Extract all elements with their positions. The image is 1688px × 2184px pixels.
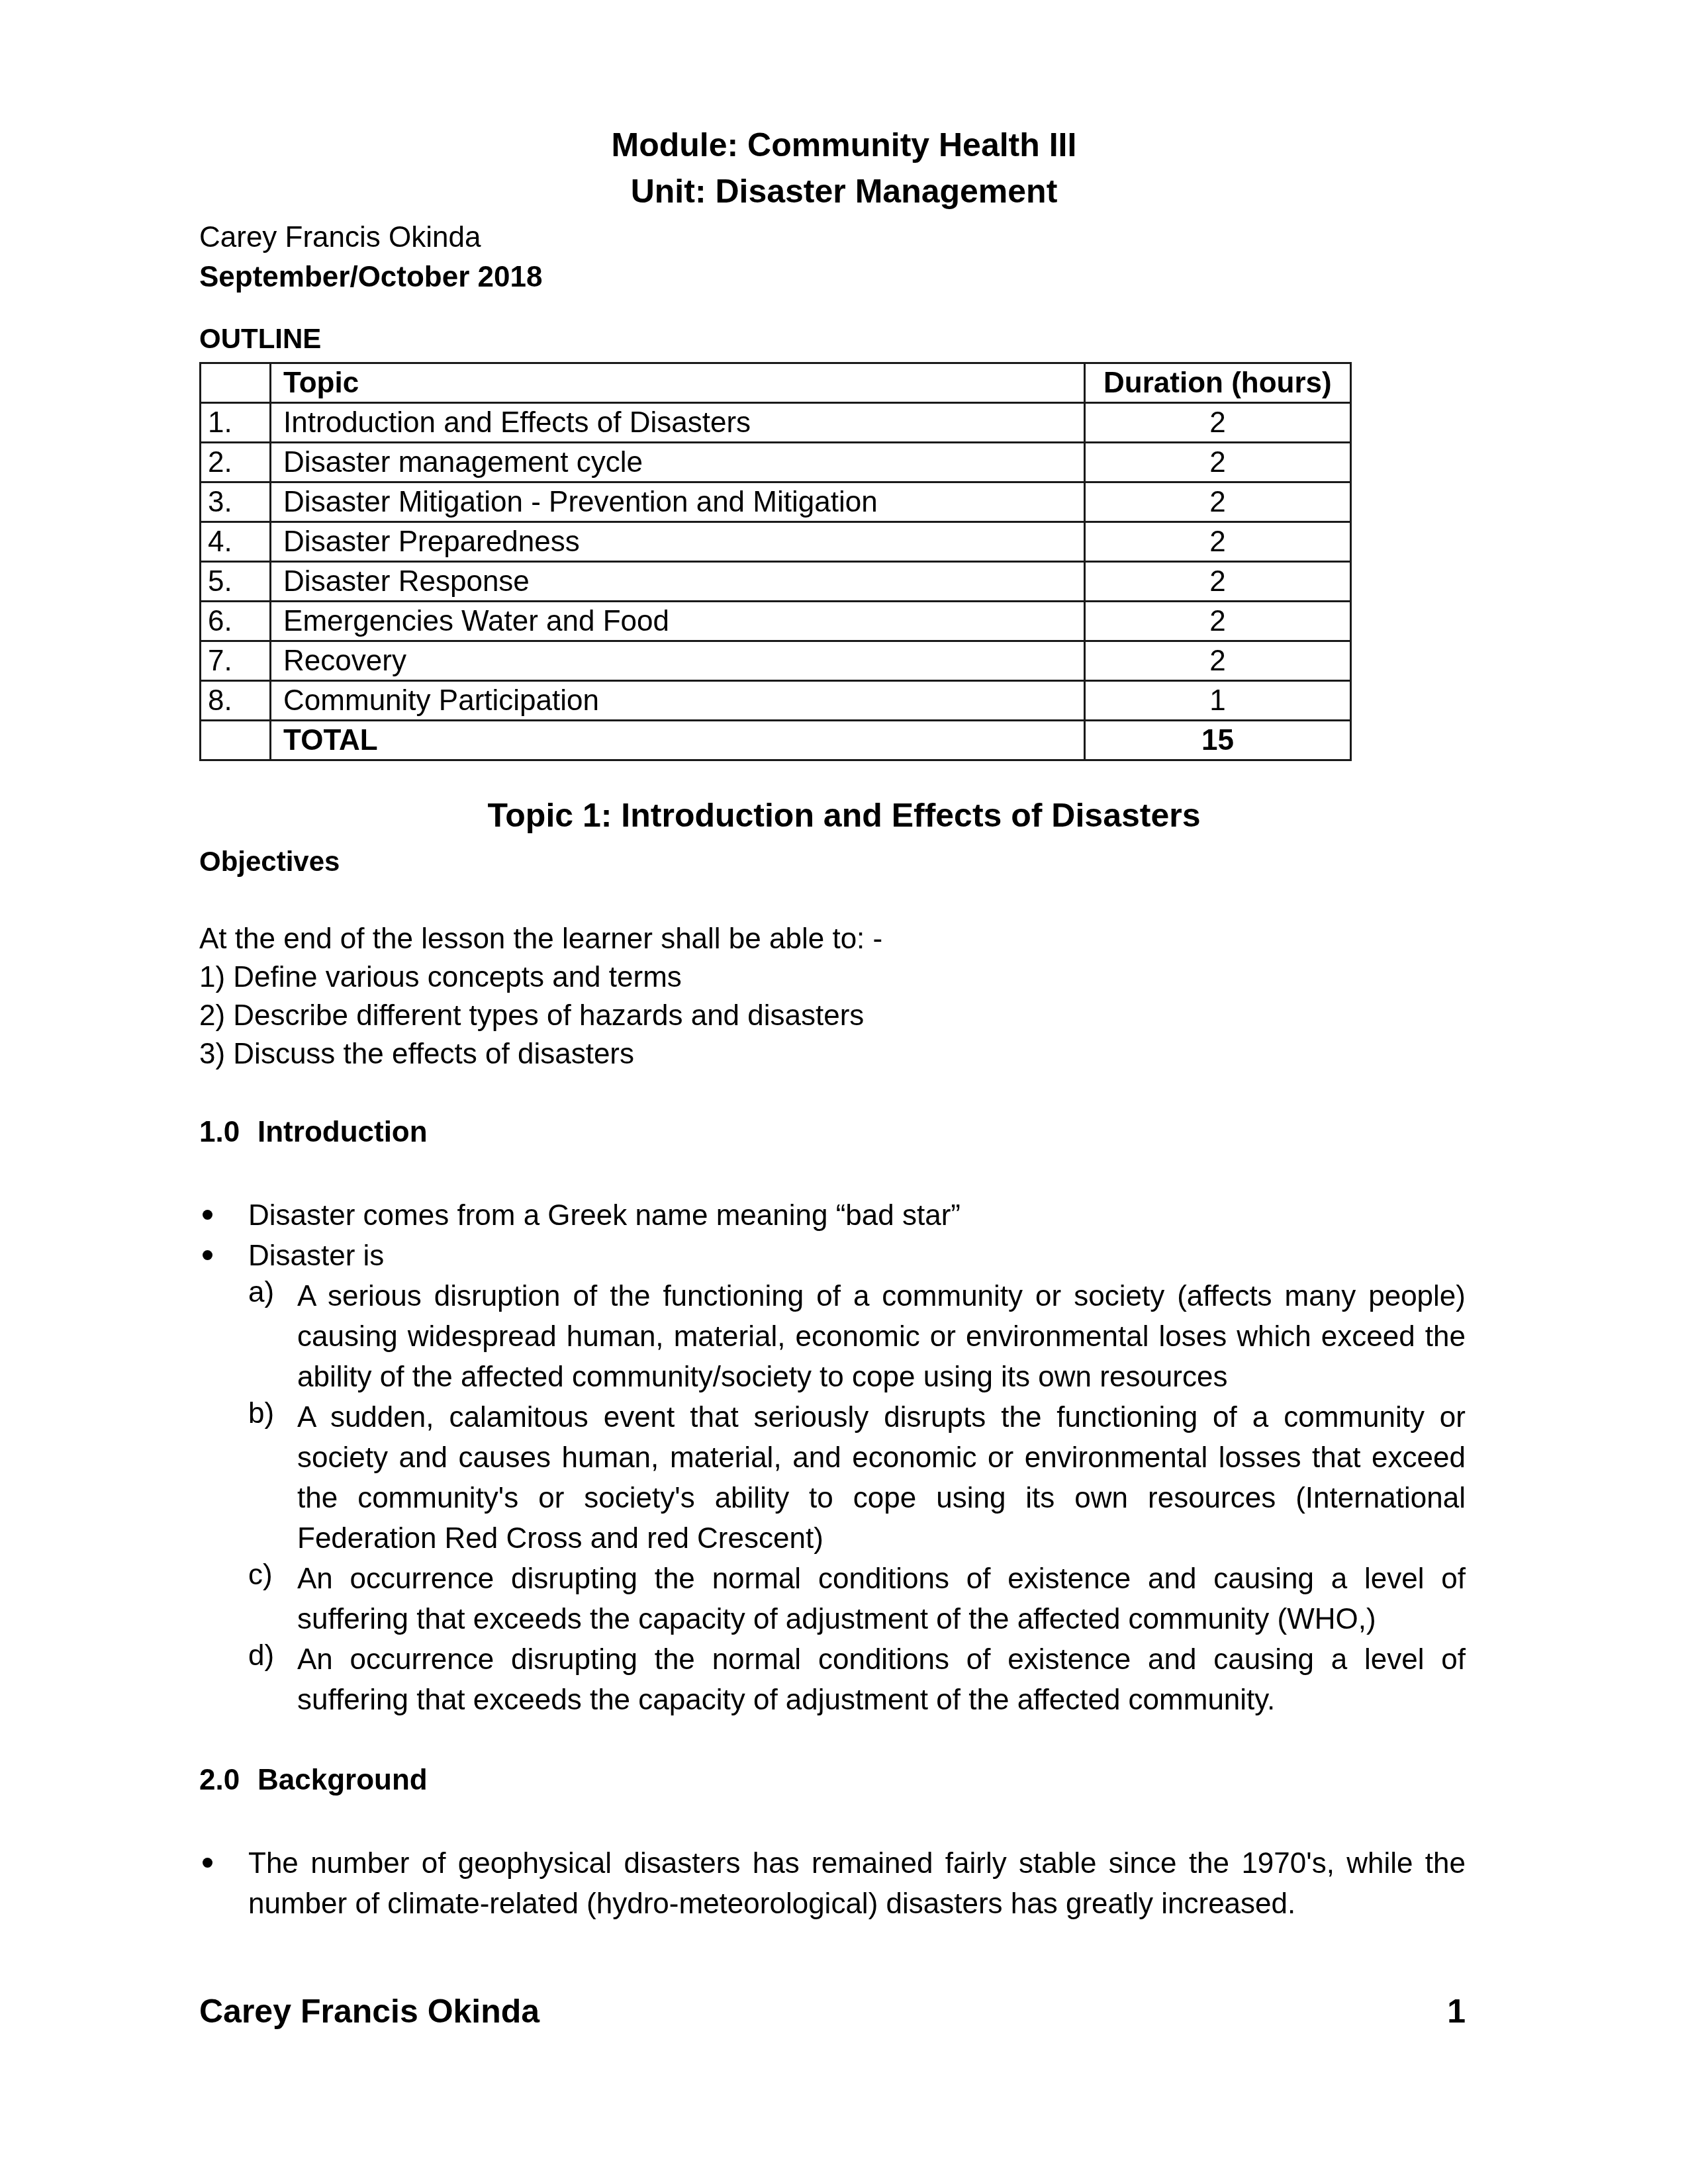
objectives-label: Objectives bbox=[199, 846, 340, 878]
table-row: 8. Community Participation 1 bbox=[201, 681, 1351, 721]
definition-label: d) bbox=[248, 1639, 274, 1672]
row-topic: Recovery bbox=[271, 641, 1085, 681]
row-duration: 2 bbox=[1084, 562, 1350, 602]
row-number: 1. bbox=[201, 403, 271, 443]
author-name: Carey Francis Okinda bbox=[199, 221, 481, 254]
total-number bbox=[201, 721, 271, 760]
definition-text: An occurrence disrupting the normal cond… bbox=[297, 1559, 1466, 1639]
page-number: 1 bbox=[1443, 1992, 1466, 2030]
objectives-intro: At the end of the lesson the learner sha… bbox=[199, 923, 882, 956]
row-number: 6. bbox=[201, 602, 271, 641]
header-cell-duration: Duration (hours) bbox=[1084, 363, 1350, 403]
section-heading-introduction: 1.0Introduction bbox=[199, 1116, 428, 1149]
definition-label: b) bbox=[248, 1397, 274, 1430]
table-row: 5. Disaster Response 2 bbox=[201, 562, 1351, 602]
total-duration: 15 bbox=[1084, 721, 1350, 760]
row-number: 3. bbox=[201, 482, 271, 522]
table-row: 4. Disaster Preparedness 2 bbox=[201, 522, 1351, 562]
definition-text: An occurrence disrupting the normal cond… bbox=[297, 1639, 1466, 1720]
topic-heading: Topic 1: Introduction and Effects of Dis… bbox=[0, 796, 1688, 835]
row-topic: Disaster management cycle bbox=[271, 443, 1085, 482]
outline-table: Topic Duration (hours) 1. Introduction a… bbox=[199, 362, 1352, 761]
bullet-item: The number of geophysical disasters has … bbox=[199, 1843, 1466, 1924]
table-header-row: Topic Duration (hours) bbox=[201, 363, 1351, 403]
table-total-row: TOTAL 15 bbox=[201, 721, 1351, 760]
row-topic: Introduction and Effects of Disasters bbox=[271, 403, 1085, 443]
definition-item: b) A sudden, calamitous event that serio… bbox=[248, 1397, 1466, 1559]
section-number: 2.0 bbox=[199, 1764, 258, 1797]
row-topic: Emergencies Water and Food bbox=[271, 602, 1085, 641]
row-number: 7. bbox=[201, 641, 271, 681]
table-row: 1. Introduction and Effects of Disasters… bbox=[201, 403, 1351, 443]
row-topic: Disaster Response bbox=[271, 562, 1085, 602]
definition-item: a) A serious disruption of the functioni… bbox=[248, 1276, 1466, 1397]
bullet-text: The number of geophysical disasters has … bbox=[248, 1843, 1466, 1924]
total-label: TOTAL bbox=[271, 721, 1085, 760]
bullet-text: Disaster comes from a Greek name meaning… bbox=[248, 1195, 1466, 1236]
footer-author: Carey Francis Okinda bbox=[199, 1992, 539, 2030]
definition-text: A serious disruption of the functioning … bbox=[297, 1276, 1466, 1397]
document-page: Module: Community Health III Unit: Disas… bbox=[0, 0, 1688, 2184]
row-duration: 2 bbox=[1084, 641, 1350, 681]
section-title: Introduction bbox=[258, 1116, 428, 1148]
document-date: September/October 2018 bbox=[199, 261, 542, 294]
outline-label: OUTLINE bbox=[199, 323, 321, 355]
section-title: Background bbox=[258, 1764, 428, 1796]
table-row: 7. Recovery 2 bbox=[201, 641, 1351, 681]
table-row: 3. Disaster Mitigation - Prevention and … bbox=[201, 482, 1351, 522]
row-duration: 2 bbox=[1084, 602, 1350, 641]
row-topic: Disaster Mitigation - Prevention and Mit… bbox=[271, 482, 1085, 522]
bullet-item: Disaster is bbox=[199, 1236, 1466, 1276]
objective-item: 3) Discuss the effects of disasters bbox=[199, 1038, 634, 1071]
row-duration: 2 bbox=[1084, 482, 1350, 522]
definition-item: d) An occurrence disrupting the normal c… bbox=[248, 1639, 1466, 1720]
row-topic: Disaster Preparedness bbox=[271, 522, 1085, 562]
row-number: 5. bbox=[201, 562, 271, 602]
bullet-item: Disaster comes from a Greek name meaning… bbox=[199, 1195, 1466, 1236]
table-row: 2. Disaster management cycle 2 bbox=[201, 443, 1351, 482]
row-number: 4. bbox=[201, 522, 271, 562]
unit-title: Unit: Disaster Management bbox=[0, 172, 1688, 210]
row-number: 2. bbox=[201, 443, 271, 482]
row-duration: 2 bbox=[1084, 403, 1350, 443]
module-title: Module: Community Health III bbox=[0, 126, 1688, 164]
objective-item: 1) Define various concepts and terms bbox=[199, 961, 682, 994]
bullet-text: Disaster is bbox=[248, 1236, 1466, 1276]
table-row: 6. Emergencies Water and Food 2 bbox=[201, 602, 1351, 641]
definition-item: c) An occurrence disrupting the normal c… bbox=[248, 1559, 1466, 1639]
row-duration: 1 bbox=[1084, 681, 1350, 721]
header-cell-num bbox=[201, 363, 271, 403]
row-duration: 2 bbox=[1084, 522, 1350, 562]
row-duration: 2 bbox=[1084, 443, 1350, 482]
row-number: 8. bbox=[201, 681, 271, 721]
section-number: 1.0 bbox=[199, 1116, 258, 1149]
header-cell-topic: Topic bbox=[271, 363, 1085, 403]
definition-label: c) bbox=[248, 1559, 273, 1592]
definition-text: A sudden, calamitous event that seriousl… bbox=[297, 1397, 1466, 1559]
objective-item: 2) Describe different types of hazards a… bbox=[199, 999, 864, 1032]
section-heading-background: 2.0Background bbox=[199, 1764, 428, 1797]
row-topic: Community Participation bbox=[271, 681, 1085, 721]
definition-label: a) bbox=[248, 1276, 274, 1309]
